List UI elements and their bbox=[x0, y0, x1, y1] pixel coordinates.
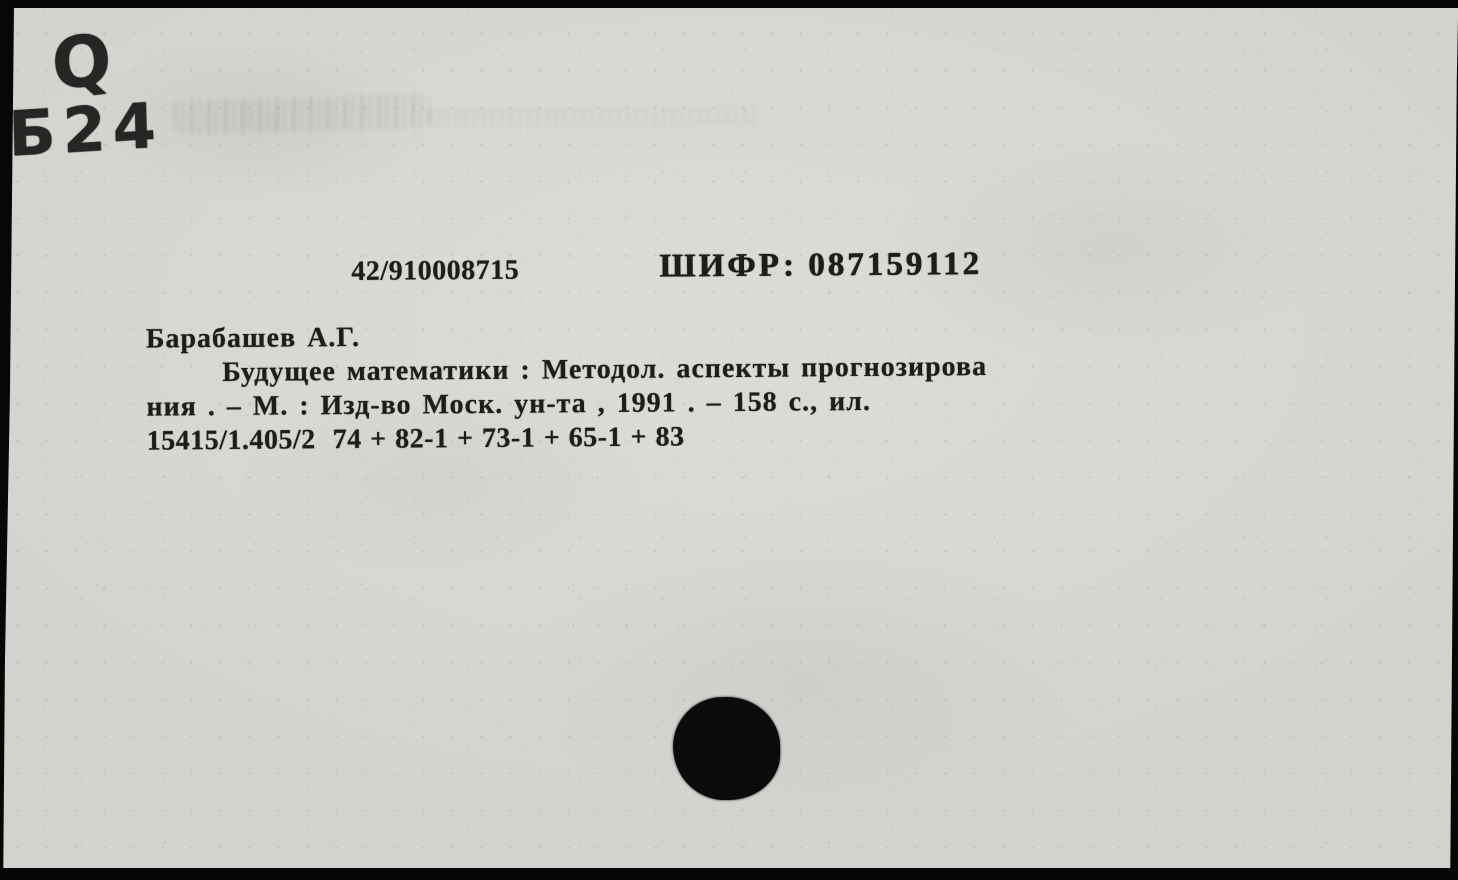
punch-hole bbox=[673, 697, 781, 801]
ghost-text-smudge-2 bbox=[428, 106, 758, 129]
card-content: Q Б24 42/910008715 ШИФР: 087159112 Бараб… bbox=[0, 2, 1458, 873]
catalog-card-paper: Q Б24 42/910008715 ШИФР: 087159112 Бараб… bbox=[0, 8, 1458, 868]
bibliographic-record: Барабашев А.Г. Будущее математики : Мето… bbox=[146, 315, 1157, 459]
accession-number: 42/910008715 bbox=[351, 255, 519, 288]
cipher-number: ШИФР: 087159112 bbox=[659, 246, 982, 286]
ghost-text-smudge bbox=[174, 94, 431, 135]
record-holdings-line: 15415/1.405/2 74 + 82-1 + 73-1 + 65-1 + … bbox=[147, 417, 1157, 459]
handwritten-author-mark: Б24 bbox=[7, 88, 163, 170]
